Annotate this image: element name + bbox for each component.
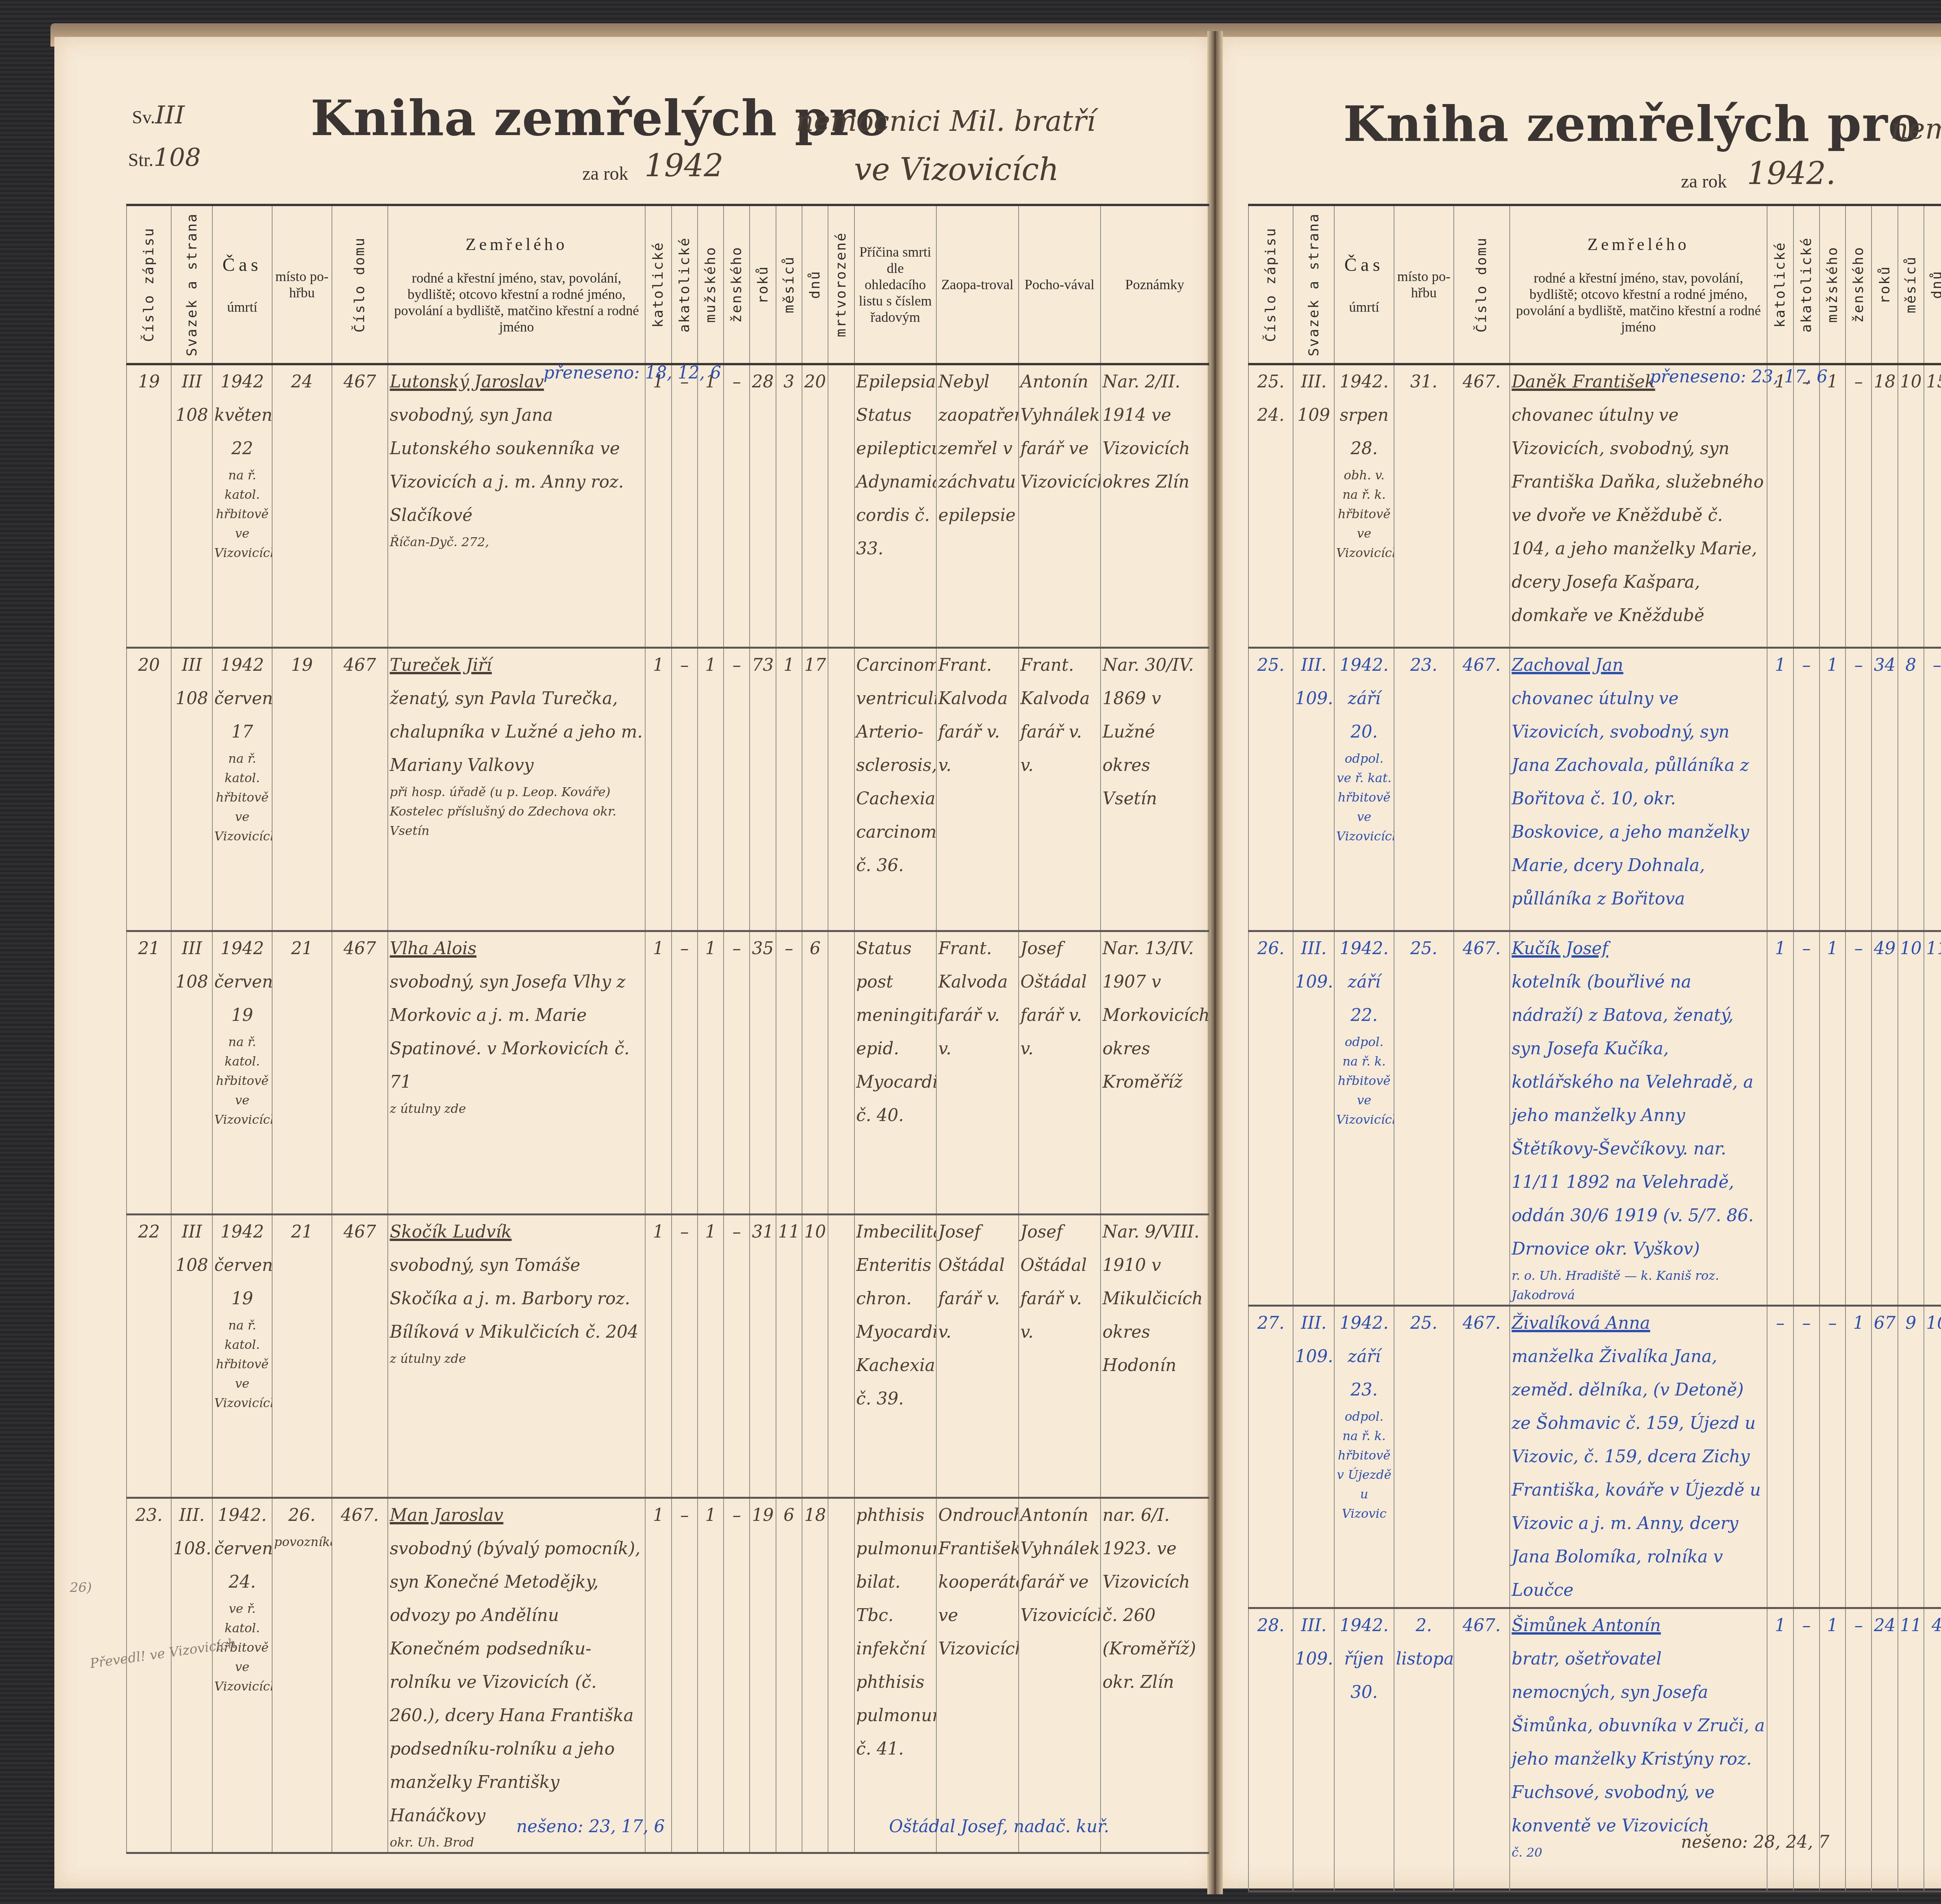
entry-years: 28 — [752, 365, 774, 399]
entry-male: 1 — [700, 1499, 722, 1532]
entry-kat: 1 — [1769, 1609, 1791, 1642]
entry-burial-day: 26. — [274, 1499, 330, 1532]
entry-death-day: 22. — [1336, 999, 1392, 1032]
column-header-poznamky: Poznámky — [1101, 205, 1209, 364]
entry-burial-month: listopad — [1396, 1642, 1452, 1676]
entry-house: 467 — [334, 932, 386, 965]
entry-house: 467 — [334, 1215, 386, 1249]
entry-details: svobodný, syn Josefa Vlhy z Morkovic a j… — [390, 965, 643, 1099]
register-entry-row: 19III1081942květen22na ř. katol. hřbitov… — [127, 364, 1209, 648]
entry-month: červenec — [214, 965, 270, 999]
entry-male: 1 — [700, 1215, 722, 1249]
column-header-cislo-domu: Číslo domu — [1454, 205, 1510, 364]
entry-buried-by: Antonín Vyhnálek farář ve Vizovicích — [1021, 1499, 1099, 1632]
entry-name: Tureček Jiří — [390, 649, 643, 682]
entry-female: – — [1847, 365, 1870, 399]
column-header-zemreleho-desc: Zemřeléhorodné a křestní jméno, stav, po… — [1510, 205, 1767, 364]
entry-years: 19 — [752, 1499, 774, 1532]
column-header-dnu: dnů — [1924, 205, 1941, 364]
entry-months: 10 — [1900, 365, 1922, 399]
left-footer-signature: Oštádal Josef, nadač. kuř. — [889, 1817, 1109, 1836]
register-entry-row: 26.III.109.1942.září22.odpol.na ř. k. hř… — [1248, 931, 1941, 1306]
left-death-register-table: Číslo zápisuSvazek a stranaČasúmrtímísto… — [126, 204, 1209, 1854]
left-margin-index: 26) — [70, 1580, 92, 1595]
entry-akat: – — [674, 649, 696, 682]
entry-akat: – — [1795, 1307, 1818, 1340]
entry-female: – — [726, 365, 748, 399]
entry-no: 22 — [128, 1215, 169, 1249]
entry-no: 21 — [128, 932, 169, 965]
register-entry-row: 28.III.109.1942.říjen30.2.listopad467.Ši… — [1248, 1608, 1941, 1892]
left-year-label: za rok — [582, 163, 628, 184]
entry-months: 6 — [778, 1499, 800, 1532]
entry-side-note: Říčan-Dyč. 272, — [390, 532, 643, 552]
entry-male: 1 — [1821, 1609, 1844, 1642]
entry-days: 18 — [804, 1499, 826, 1532]
entry-house: 467. — [1456, 365, 1508, 399]
entry-details: chovanec útulny ve Vizovicích, svobodný,… — [1512, 682, 1765, 916]
entry-months: 9 — [1900, 1307, 1922, 1340]
entry-house: 467 — [334, 365, 386, 399]
entry-page: 108 — [173, 399, 210, 432]
column-header-svazek-strana: Svazek a strana — [171, 205, 212, 364]
entry-years: 49 — [1873, 932, 1896, 965]
column-header-akatolicke: akatolické — [1793, 205, 1819, 364]
column-header-dnu: dnů — [802, 205, 828, 364]
entry-years: 35 — [752, 932, 774, 965]
entry-side-note: při hosp. úřadě (u p. Leop. Kováře) Kost… — [390, 782, 643, 840]
entry-house: 467. — [1456, 649, 1508, 682]
entry-month: červen — [214, 682, 270, 715]
entry-days: – — [1926, 649, 1941, 682]
entry-years: 67 — [1873, 1307, 1896, 1340]
entry-akat: – — [674, 1215, 696, 1249]
entry-provided: Frant. Kalvoda farář v. v. — [938, 932, 1017, 1066]
entry-no: 25. — [1250, 649, 1291, 682]
entry-year: 1942. — [214, 1499, 270, 1532]
column-header-roku: roků — [1872, 205, 1898, 364]
entry-month: září — [1336, 1340, 1392, 1373]
entry-month: červenec — [214, 1249, 270, 1282]
entry-cause: Imbecilitas, Enteritis chron. Myocarditi… — [856, 1215, 935, 1416]
entry-no: 19 — [128, 365, 169, 399]
entry-death-day: 20. — [1336, 715, 1392, 749]
right-carried-over: přeneseno: 23, 17, 6 — [1650, 367, 1828, 387]
entry-name: Vlha Alois — [390, 932, 643, 965]
entry-days: 11 — [1926, 932, 1941, 965]
entry-kat: 1 — [647, 1215, 669, 1249]
column-header-svazek-strana: Svazek a strana — [1293, 205, 1334, 364]
column-header-cislo-domu: Číslo domu — [332, 205, 388, 364]
entry-burial-note: povozníka — [274, 1532, 330, 1552]
entry-male: – — [1821, 1307, 1844, 1340]
entry-house: 467. — [1456, 932, 1508, 965]
entry-page: 109. — [1295, 1340, 1332, 1373]
entry-months: 11 — [1900, 1609, 1922, 1642]
entry-page: 108. — [173, 1532, 210, 1566]
column-header-muzskeho: mužského — [698, 205, 724, 364]
entry-death-note: odpol. — [1336, 749, 1392, 768]
entry-female: – — [726, 932, 748, 965]
entry-volume: III. — [173, 1499, 210, 1532]
register-entry-row: 25.III.109.1942.září20.odpol.ve ř. kat. … — [1248, 648, 1941, 931]
entry-page: 109. — [1295, 1642, 1332, 1676]
entry-notes: nar. 6/I. 1923. ve Vizovicích č. 260 (Kr… — [1102, 1499, 1207, 1699]
entry-death-day: 19 — [214, 1282, 270, 1316]
entry-notes: Nar. 2/II. 1914 ve Vizovicích okres Zlín — [1102, 365, 1207, 499]
entry-days: 15 — [1926, 365, 1941, 399]
right-death-register-table: Číslo zápisuSvazek a stranaČasúmrtímísto… — [1248, 204, 1941, 1892]
entry-cause: Carcinoma ventriculi, Arterio-sclerosis,… — [856, 649, 935, 882]
column-header-katolicke: katolické — [1767, 205, 1793, 364]
entry-provided: Josef Oštádal farář v. v. — [938, 1215, 1017, 1349]
entry-burial-place: ve ř. kat. hřbitově ve Vizovicích — [1336, 768, 1392, 846]
entry-month: květen — [214, 399, 270, 432]
entry-death-day: 24. — [214, 1566, 270, 1599]
entry-burial-day: 23. — [1396, 649, 1452, 682]
entry-no: 23. — [128, 1499, 169, 1532]
entry-burial-day: 31. — [1396, 365, 1452, 399]
entry-volume: III — [173, 1215, 210, 1249]
entry-burial-place: na ř. k. hřbitově v Újezdě u Vizovic — [1336, 1426, 1392, 1523]
entry-months: 1 — [778, 649, 800, 682]
entry-details: kotelník (bouřlivé na nádraží) z Batova,… — [1512, 965, 1765, 1266]
entry-years: 24 — [1873, 1609, 1896, 1642]
entry-details: manželka Živalíka Jana, zeměd. dělníka, … — [1512, 1340, 1765, 1607]
entry-akat: – — [674, 1499, 696, 1532]
entry-burial-day: 24 — [274, 365, 330, 399]
entry-cause: Status post meningitis epid. Myocarditis… — [856, 932, 935, 1132]
entry-burial-place: na ř. k. hřbitově ve Vizovicích — [1336, 1052, 1392, 1129]
entry-burial-day: 25. — [1396, 1307, 1452, 1340]
entry-details: svobodný (bývalý pomocník), syn Konečné … — [390, 1532, 643, 1833]
right-institution: nemocnici Mil. bratří — [1891, 113, 1941, 145]
entry-days: 17 — [804, 649, 826, 682]
entry-volume: III. — [1295, 365, 1332, 399]
left-sv-label: Sv.III — [132, 101, 184, 130]
entry-no: 27. — [1250, 1307, 1291, 1340]
entry-kat: 1 — [647, 1499, 669, 1532]
column-header-zaopatroval: Zaopa-troval — [936, 205, 1019, 364]
entry-days: 10 — [1926, 1307, 1941, 1340]
column-header-muzskeho: mužského — [1819, 205, 1846, 364]
column-header-zenskeho: ženského — [724, 205, 750, 364]
entry-notes: Nar. 9/VIII. 1910 v Mikulčicích okres Ho… — [1102, 1215, 1207, 1382]
entry-volume: III. — [1295, 932, 1332, 965]
entry-male: 1 — [1821, 649, 1844, 682]
left-year: 1942 — [644, 148, 724, 184]
column-header-katolicke: katolické — [645, 205, 671, 364]
entry-month: srpen — [1336, 399, 1392, 432]
column-header-zenskeho: ženského — [1846, 205, 1872, 364]
entry-year: 1942 — [214, 932, 270, 965]
entry-house: 467. — [1456, 1609, 1508, 1642]
entry-burial-day: 19 — [274, 649, 330, 682]
entry-volume: III — [173, 365, 210, 399]
entry-details: ženatý, syn Pavla Turečka, chalupníka v … — [390, 682, 643, 782]
entry-name: Živalíková Anna — [1512, 1307, 1765, 1340]
entry-female: 1 — [1847, 1307, 1870, 1340]
entry-female: – — [1847, 932, 1870, 965]
entry-year: 1942 — [214, 365, 270, 399]
entry-details: chovanec útulny ve Vizovicích, svobodný,… — [1512, 399, 1765, 632]
entry-burial-place: na ř. k. hřbitově ve Vizovicích — [1336, 485, 1392, 562]
column-header-mesicu: měsíců — [776, 205, 802, 364]
column-header-roku: roků — [750, 205, 776, 364]
entry-provided: Nebyl zaopatřen zemřel v záchvatu epilep… — [938, 365, 1017, 532]
entry-house: 467. — [1456, 1307, 1508, 1340]
entry-year: 1942 — [214, 1215, 270, 1249]
entry-volume: III — [173, 932, 210, 965]
entry-buried-by: Josef Oštádal farář v. v. — [1021, 1215, 1099, 1349]
entry-house: 467 — [334, 649, 386, 682]
entry-death-day: 28. — [1336, 432, 1392, 465]
entry-side-note: r. o. Uh. Hradiště — k. Kaniš roz. Jakod… — [1512, 1266, 1765, 1305]
entry-year: 1942. — [1336, 1307, 1392, 1340]
entry-months: 10 — [1900, 932, 1922, 965]
entry-page: 109. — [1295, 682, 1332, 715]
entry-details: bratr, ošetřovatel nemocných, syn Josefa… — [1512, 1642, 1765, 1843]
entry-details: svobodný, syn Tomáše Skočíka a j. m. Bar… — [390, 1249, 643, 1349]
entry-months: 11 — [778, 1215, 800, 1249]
left-carried-over: přeneseno: 18, 12, 6 — [543, 363, 721, 383]
entry-no: 28. — [1250, 1609, 1291, 1642]
entry-notes: Nar. 13/IV. 1907 v Morkovicích okres Kro… — [1102, 932, 1207, 1099]
entry-notes: Nar. 30/IV. 1869 v Lužné okres Vsetín — [1102, 649, 1207, 816]
entry-years: 31 — [752, 1215, 774, 1249]
right-page-title: Kniha zemřelých pro — [1343, 95, 1921, 153]
register-entry-row: 22III1081942červenec19na ř. katol. hřbit… — [127, 1215, 1209, 1498]
column-header-akatolicke: akatolické — [672, 205, 698, 364]
register-entry-row: 25. 24.III.1091942.srpen28.obh. v.na ř. … — [1248, 364, 1941, 648]
entry-kat: 1 — [647, 932, 669, 965]
right-year: 1942. — [1747, 155, 1836, 191]
column-header-misto-pohrbu: místo po-hřbu — [1394, 205, 1454, 364]
entry-death-day: 23. — [1336, 1373, 1392, 1407]
book-gutter — [1207, 31, 1223, 1894]
entry-years: 18 — [1873, 365, 1896, 399]
entry-volume: III. — [1295, 1307, 1332, 1340]
entry-year: 1942. — [1336, 932, 1392, 965]
entry-kat: – — [1769, 1307, 1791, 1340]
entry-female: – — [726, 1215, 748, 1249]
entry-akat: – — [1795, 1609, 1818, 1642]
entry-death-day: 17 — [214, 715, 270, 749]
entry-page: 108 — [173, 682, 210, 715]
entry-side-note: z útulny zde — [390, 1349, 643, 1368]
entry-death-note: odpol. — [1336, 1407, 1392, 1426]
entry-page: 109 — [1295, 399, 1332, 432]
entry-burial-day: 2. — [1396, 1609, 1452, 1642]
entry-kat: 1 — [1769, 932, 1791, 965]
entry-death-note: obh. v. — [1336, 465, 1392, 485]
entry-name: Kučík Josef — [1512, 932, 1765, 965]
entry-female: – — [1847, 1609, 1870, 1642]
entry-year: 1942. — [1336, 649, 1392, 682]
entry-burial-place: na ř. katol. hřbitově ve Vizovicích — [214, 1316, 270, 1413]
entry-female: – — [1847, 649, 1870, 682]
entry-page: 108 — [173, 1249, 210, 1282]
entry-akat: – — [1795, 649, 1818, 682]
entry-buried-by: Frant. Kalvoda farář v. v. — [1021, 649, 1099, 782]
column-header-mrtvorozene: mrtvorozené — [828, 205, 854, 364]
column-header-cislo-zapisu: Číslo zápisu — [1248, 205, 1293, 364]
entry-male: 1 — [700, 649, 722, 682]
entry-burial-day: 21 — [274, 1215, 330, 1249]
column-header-umrti: Časúmrtí — [1334, 205, 1394, 364]
entry-year: 1942 — [214, 649, 270, 682]
entry-days: 6 — [804, 932, 826, 965]
column-header-mesicu: měsíců — [1898, 205, 1924, 364]
right-year-label: za rok — [1681, 171, 1727, 192]
left-footer-carried: nešeno: 23, 17, 6 — [516, 1817, 665, 1836]
entry-burial-place: na ř. katol. hřbitově ve Vizovicích — [214, 1032, 270, 1129]
entry-provided: Ondrouch František kooperátor ve Vizovic… — [938, 1499, 1017, 1666]
entry-death-day: 19 — [214, 999, 270, 1032]
column-header-misto-pohrbu: místo po-hřbu — [272, 205, 332, 364]
entry-months: 8 — [1900, 649, 1922, 682]
entry-months: 3 — [778, 365, 800, 399]
entry-cause: phthisis pulmonum bilat. Tbc. infekční p… — [856, 1499, 935, 1766]
column-header-umrti: Časúmrtí — [212, 205, 272, 364]
entry-name: Zachoval Jan — [1512, 649, 1765, 682]
column-header-pochovaval: Pocho-vával — [1019, 205, 1101, 364]
entry-year: 1942. — [1336, 365, 1392, 399]
entry-month: červenec — [214, 1532, 270, 1566]
left-place: ve Vizovicích — [854, 151, 1059, 187]
entry-burial-place: na ř. katol. hřbitově ve Vizovicích — [214, 465, 270, 562]
entry-no: 25. 24. — [1250, 365, 1291, 432]
entry-female: – — [726, 649, 748, 682]
register-entry-row: 27.III.109.1942.září23.odpol.na ř. k. hř… — [1248, 1306, 1941, 1608]
entry-cause: Epilepsia, Status epilepticus, Adynamia … — [856, 365, 935, 566]
entry-burial-day: 21 — [274, 932, 330, 965]
entry-month: říjen — [1336, 1642, 1392, 1676]
entry-provided: Frant. Kalvoda farář v. v. — [938, 649, 1017, 782]
entry-buried-by: Josef Oštádal farář v. v. — [1021, 932, 1099, 1066]
entry-male: 1 — [1821, 932, 1844, 965]
entry-name: Man Jaroslav — [390, 1499, 643, 1532]
entry-kat: 1 — [647, 649, 669, 682]
entry-death-note: odpol. — [1336, 1032, 1392, 1052]
entry-name: Skočík Ludvík — [390, 1215, 643, 1249]
entry-no: 20 — [128, 649, 169, 682]
entry-akat: – — [674, 932, 696, 965]
column-header-pricina: Příčina smrti dle ohledacího listu s čís… — [854, 205, 937, 364]
entry-months: – — [778, 932, 800, 965]
column-header-cislo-zapisu: Číslo zápisu — [127, 205, 171, 364]
entry-page: 109. — [1295, 965, 1332, 999]
register-entry-row: 23.III.108.1942.červenec24.ve ř. katol. … — [127, 1498, 1209, 1853]
entry-burial-place: na ř. katol. hřbitově ve Vizovicích — [214, 749, 270, 846]
entry-female: – — [726, 1499, 748, 1532]
entry-year: 1942. — [1336, 1609, 1392, 1642]
entry-burial-day: 25. — [1396, 932, 1452, 965]
entry-month: září — [1336, 965, 1392, 999]
column-header-zemreleho-desc: Zemřeléhorodné a křestní jméno, stav, po… — [388, 205, 645, 364]
entry-no: 26. — [1250, 932, 1291, 965]
entry-days: 20 — [804, 365, 826, 399]
entry-days: 10 — [804, 1215, 826, 1249]
entry-name: Šimůnek Antonín — [1512, 1609, 1765, 1642]
entry-house: 467. — [334, 1499, 386, 1532]
entry-akat: – — [1795, 932, 1818, 965]
entry-page: 108 — [173, 965, 210, 999]
entry-kat: 1 — [1769, 649, 1791, 682]
entry-details: svobodný, syn Jana Lutonského soukenníka… — [390, 399, 643, 532]
entry-buried-by: Antonín Vyhnálek farář ve Vizovicích — [1021, 365, 1099, 499]
entry-days: 4 — [1926, 1609, 1941, 1642]
right-footer-carried: nešeno: 28, 24, 7 — [1681, 1832, 1830, 1852]
entry-month: září — [1336, 682, 1392, 715]
entry-volume: III. — [1295, 649, 1332, 682]
entry-volume: III — [173, 649, 210, 682]
entry-years: 34 — [1873, 649, 1896, 682]
register-entry-row: 20III1081942červen17na ř. katol. hřbitov… — [127, 648, 1209, 931]
entry-volume: III. — [1295, 1609, 1332, 1642]
entry-years: 73 — [752, 649, 774, 682]
register-entry-row: 21III1081942červenec19na ř. katol. hřbit… — [127, 931, 1209, 1215]
entry-death-day: 22 — [214, 432, 270, 465]
entry-male: 1 — [700, 932, 722, 965]
entry-side-note: z útulny zde — [390, 1099, 643, 1118]
left-str-label: Str.108 — [128, 144, 201, 172]
entry-death-day: 30. — [1336, 1676, 1392, 1709]
left-institution: nemocnici Mil. bratří — [796, 105, 1096, 137]
